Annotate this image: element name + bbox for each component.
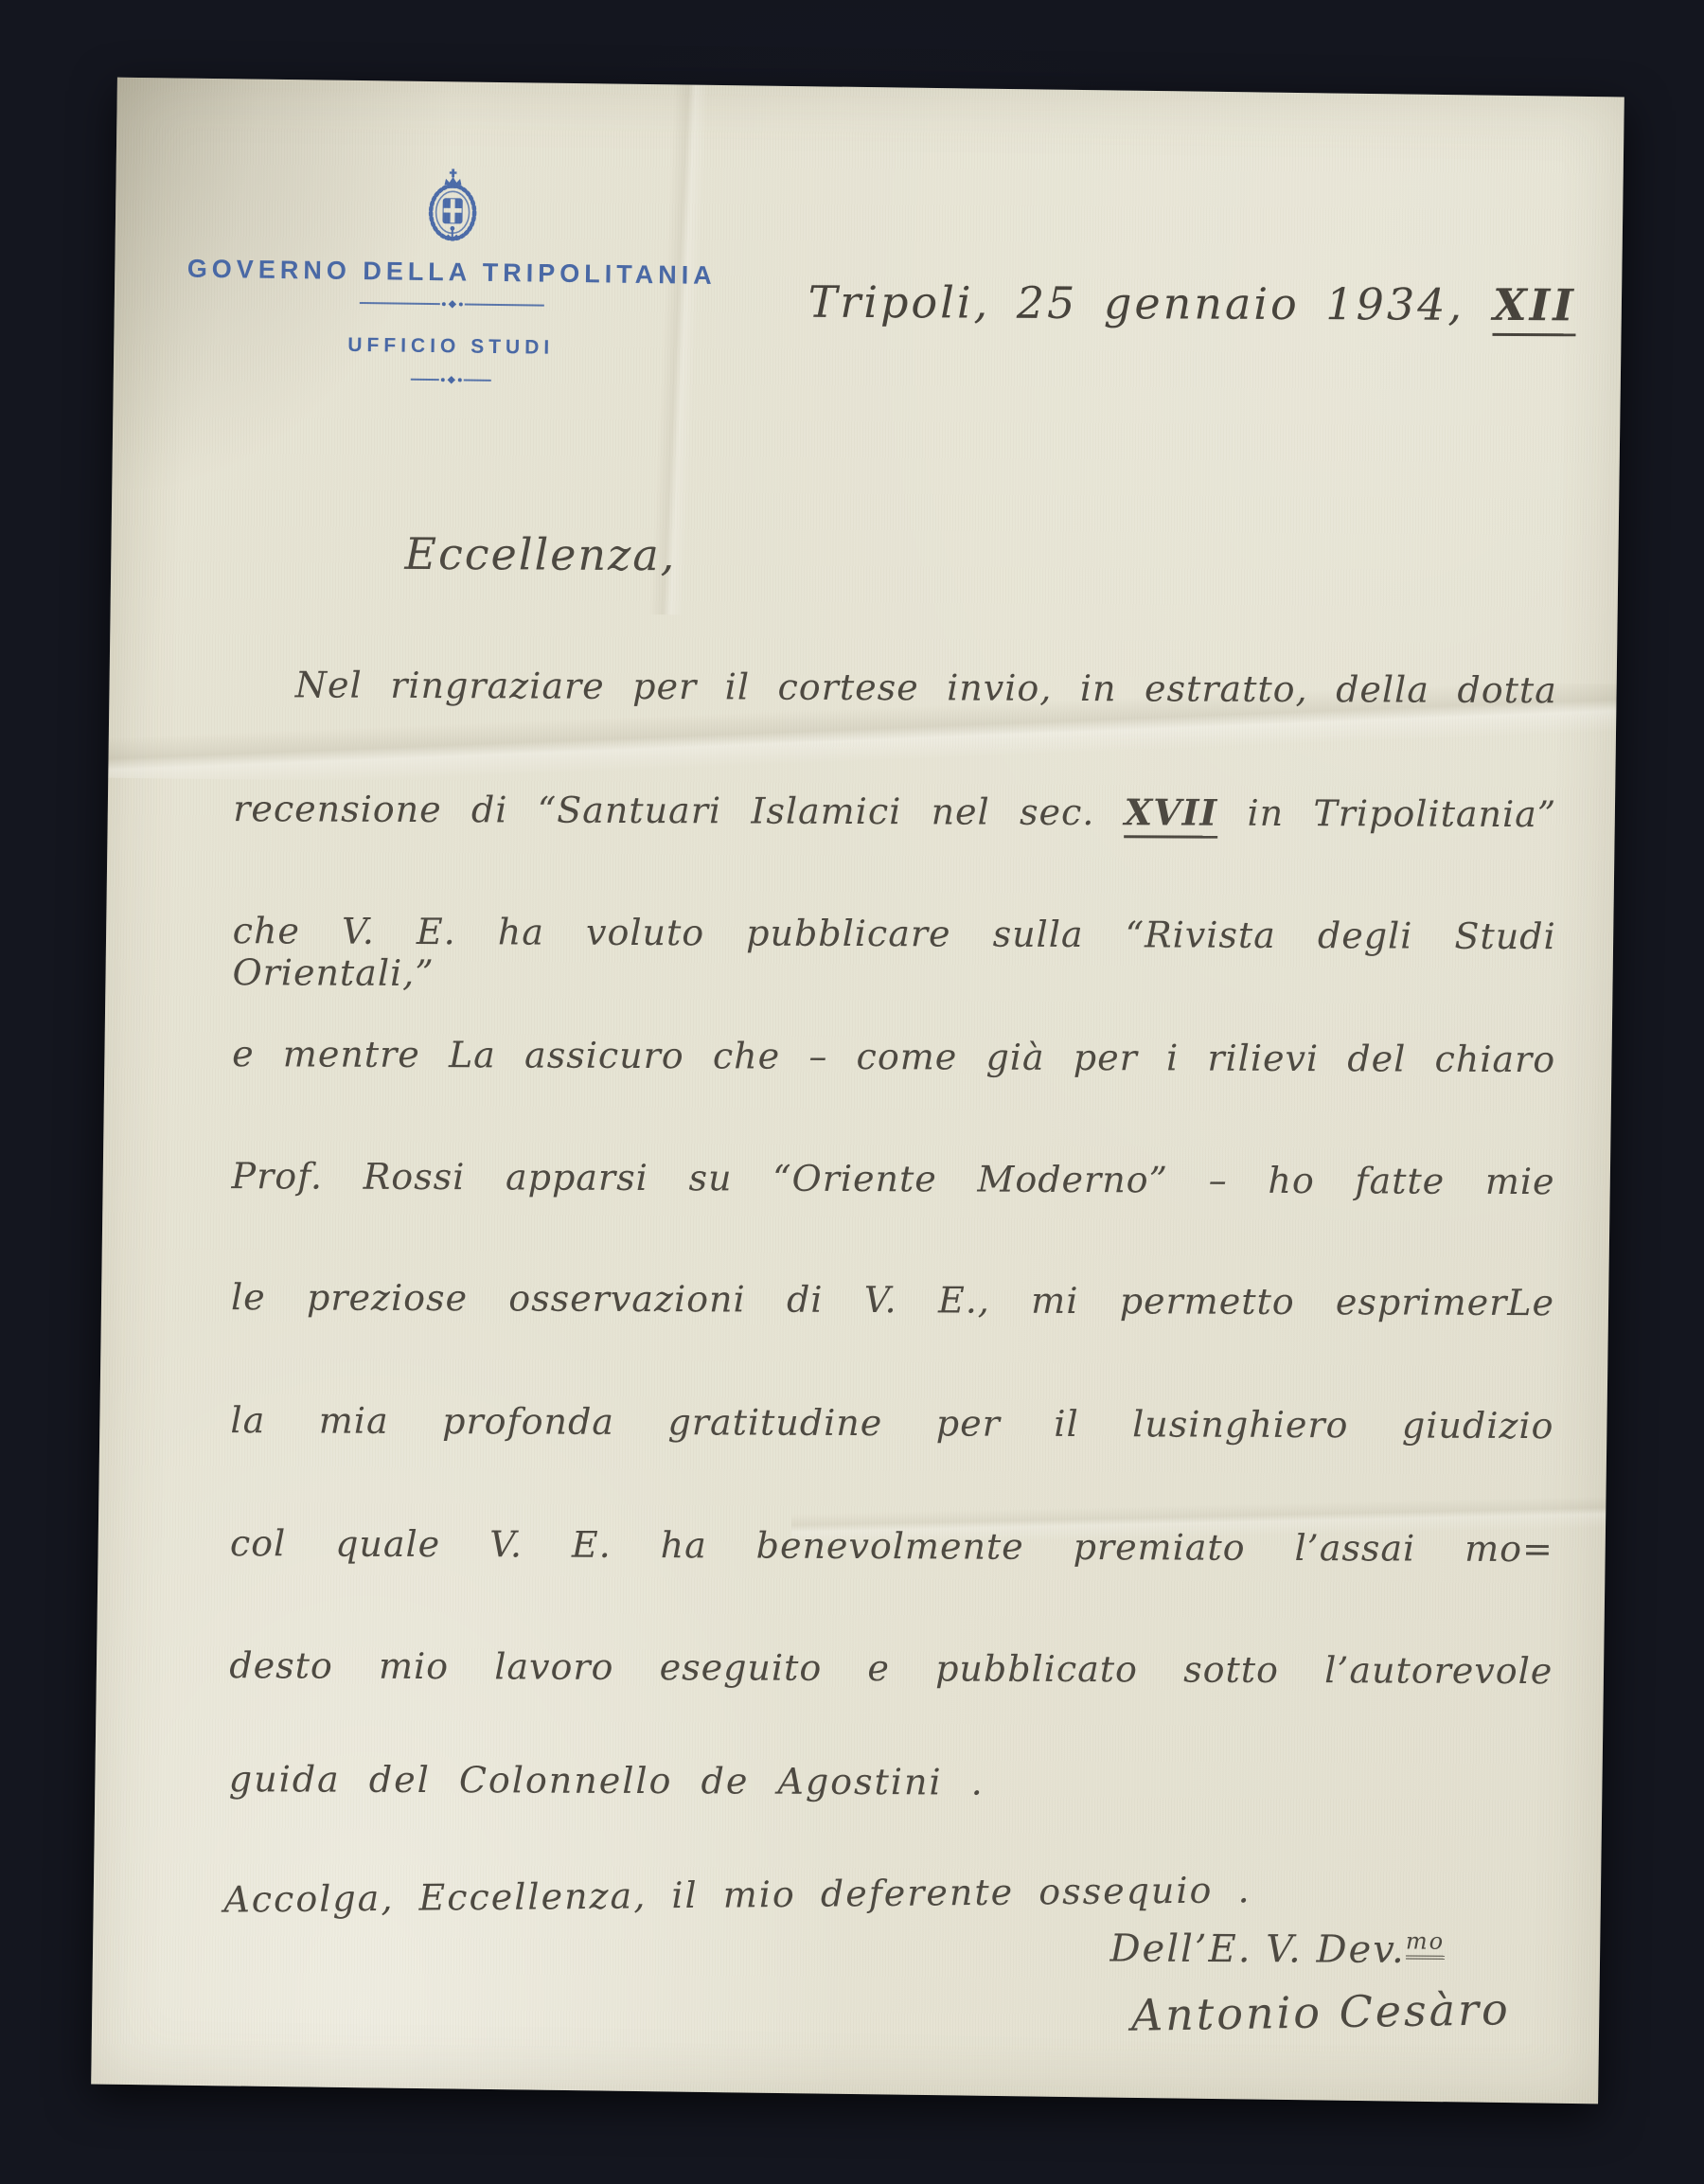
handwriting-layer: Tripoli, 25 gennaio 1934,XII Eccellenza,… (99, 84, 1615, 2098)
letter-line: la mia profonda gratitudine per il lusin… (230, 1399, 1553, 1447)
signature: Antonio Cesàro (980, 1983, 1511, 2043)
underlined-century: XVII (1125, 790, 1218, 838)
place-and-date: Tripoli, 25 gennaio 1934, (808, 276, 1465, 330)
letter-line: desto mio lavoro eseguito e pubblicato s… (229, 1644, 1553, 1692)
salutation: Eccellenza, (404, 528, 676, 580)
valediction-superscript: mo (1406, 1928, 1445, 1960)
letter-line: recensione di “Santuari Islamici nel sec… (233, 787, 1556, 835)
letter-line: e mentre La assicuro che – come già per … (232, 1033, 1555, 1080)
letter-sheet: GOVERNO DELLA TRIPOLITANIA UFFICIO STUDI… (91, 78, 1624, 2104)
letter-line: Prof. Rossi apparsi su “Oriente Moderno”… (232, 1155, 1555, 1202)
letter-line: col quale V. E. ha benevolmente premiato… (230, 1522, 1553, 1570)
fascist-era-year: XII (1493, 279, 1576, 336)
letter-line: Nel ringraziare per il cortese invio, in… (295, 664, 1557, 711)
valediction: Dell’E. V. Dev.mo (952, 1926, 1445, 1972)
letter-line: le preziose osservazioni di V. E., mi pe… (231, 1276, 1554, 1323)
dateline: Tripoli, 25 gennaio 1934,XII (808, 276, 1576, 331)
letter-line: guida del Colonnello de Agostini . (229, 1758, 1553, 1805)
letter-line: che V. E. ha voluto pubblicare sulla “Ri… (232, 910, 1555, 999)
closing-line: Accolga, Eccellenza, il mio deferente os… (223, 1869, 1251, 1920)
